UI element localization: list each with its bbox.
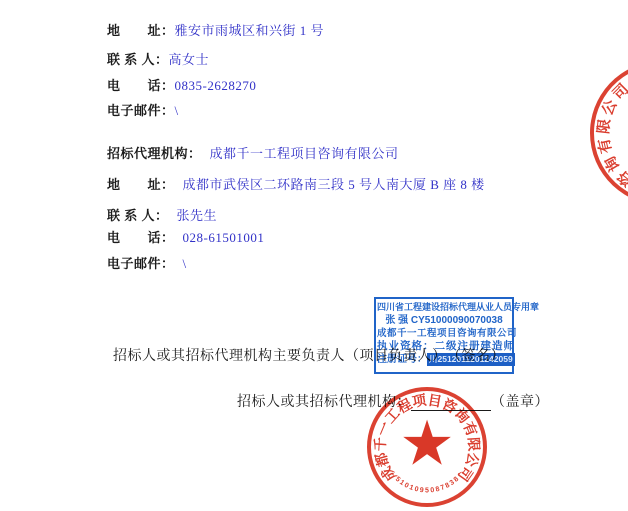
contact-value: 高女士 [169,52,210,67]
seal-line-suffix: （盖章） [491,395,549,410]
stamp-registration: 注册证号：川2512011201242059 [377,353,511,366]
seal-serial-digit: 5 [425,488,429,495]
stamp-reg-number: 川2512011201242059 [427,353,515,366]
seal-serial-digit: 9 [419,487,424,494]
stamp-person-name: 张 强 [385,315,408,326]
agency-name-value: 成都千一工程项目咨询有限公司 [210,146,399,161]
stamp-title: 四川省工程建设招标代理从业人员专用章 [377,301,511,314]
company-round-seal: ★ 成都千一工程项目咨询有限公司5101095087838 [367,387,487,507]
contact-label: 联 系 人： [107,52,169,67]
agency-phone-row: 电 话：028-61501001 [107,227,264,246]
contact-label: 联 系 人： [107,208,169,223]
stamp-name-number: 张 强 CY51000090070038 [377,314,511,327]
seal-arc-char: 千 [370,437,391,452]
agency-name-row: 招标代理机构：成都千一工程项目咨询有限公司 [107,143,399,162]
stamp-cy-number: CY51000090070038 [411,315,503,326]
contact-value: 张先生 [177,208,218,223]
address-label: 地 址： [107,23,175,38]
stamp-reg-label: 注册证号： [377,354,427,365]
phone-label: 电 话： [107,78,175,93]
seal-serial-digit: 0 [430,487,435,494]
email-label: 电子邮件： [107,256,175,271]
email-value: \ [175,103,179,118]
agent-qualification-stamp: 四川省工程建设招标代理从业人员专用章 张 强 CY51000090070038 … [374,297,514,374]
email-label: 电子邮件： [107,103,175,118]
address-label: 地 址： [107,177,175,192]
tenderer-email-row: 电子邮件：\ [107,100,179,119]
tenderer-phone-row: 电 话：0835-2628270 [107,75,256,94]
address-value: 成都市武侯区二环路南三段 5 号人南大厦 B 座 8 楼 [183,177,485,192]
phone-value: 0835-2628270 [175,78,257,93]
email-value: \ [183,256,187,271]
company-round-seal-partial: ★ 成都千一工程项目咨询有限公司5101095087838 [579,50,628,217]
address-value: 雅安市雨城区和兴街 1 号 [175,23,325,38]
agency-label: 招标代理机构： [107,146,202,161]
phone-label: 电 话： [107,230,175,245]
seal-arc-char: 限 [592,118,615,135]
tenderer-contact-row: 联 系 人：高女士 [107,49,209,68]
agency-email-row: 电子邮件：\ [107,253,187,272]
stamp-company: 成都千一工程项目咨询有限公司 [377,327,511,340]
star-icon: ★ [399,414,455,476]
phone-value: 028-61501001 [183,230,265,245]
tenderer-address-row: 地 址：雅安市雨城区和兴街 1 号 [107,20,324,39]
stamp-qualification: 执业资格：二级注册建造师 [377,340,511,353]
agency-contact-row: 联 系 人：张先生 [107,205,217,224]
agency-address-row: 地 址：成都市武侯区二环路南三段 5 号人南大厦 B 座 8 楼 [107,174,485,193]
document-page: 地 址：雅安市雨城区和兴街 1 号 联 系 人：高女士 电 话：0835-262… [0,0,628,511]
seal-arc-char: 限 [464,437,485,452]
